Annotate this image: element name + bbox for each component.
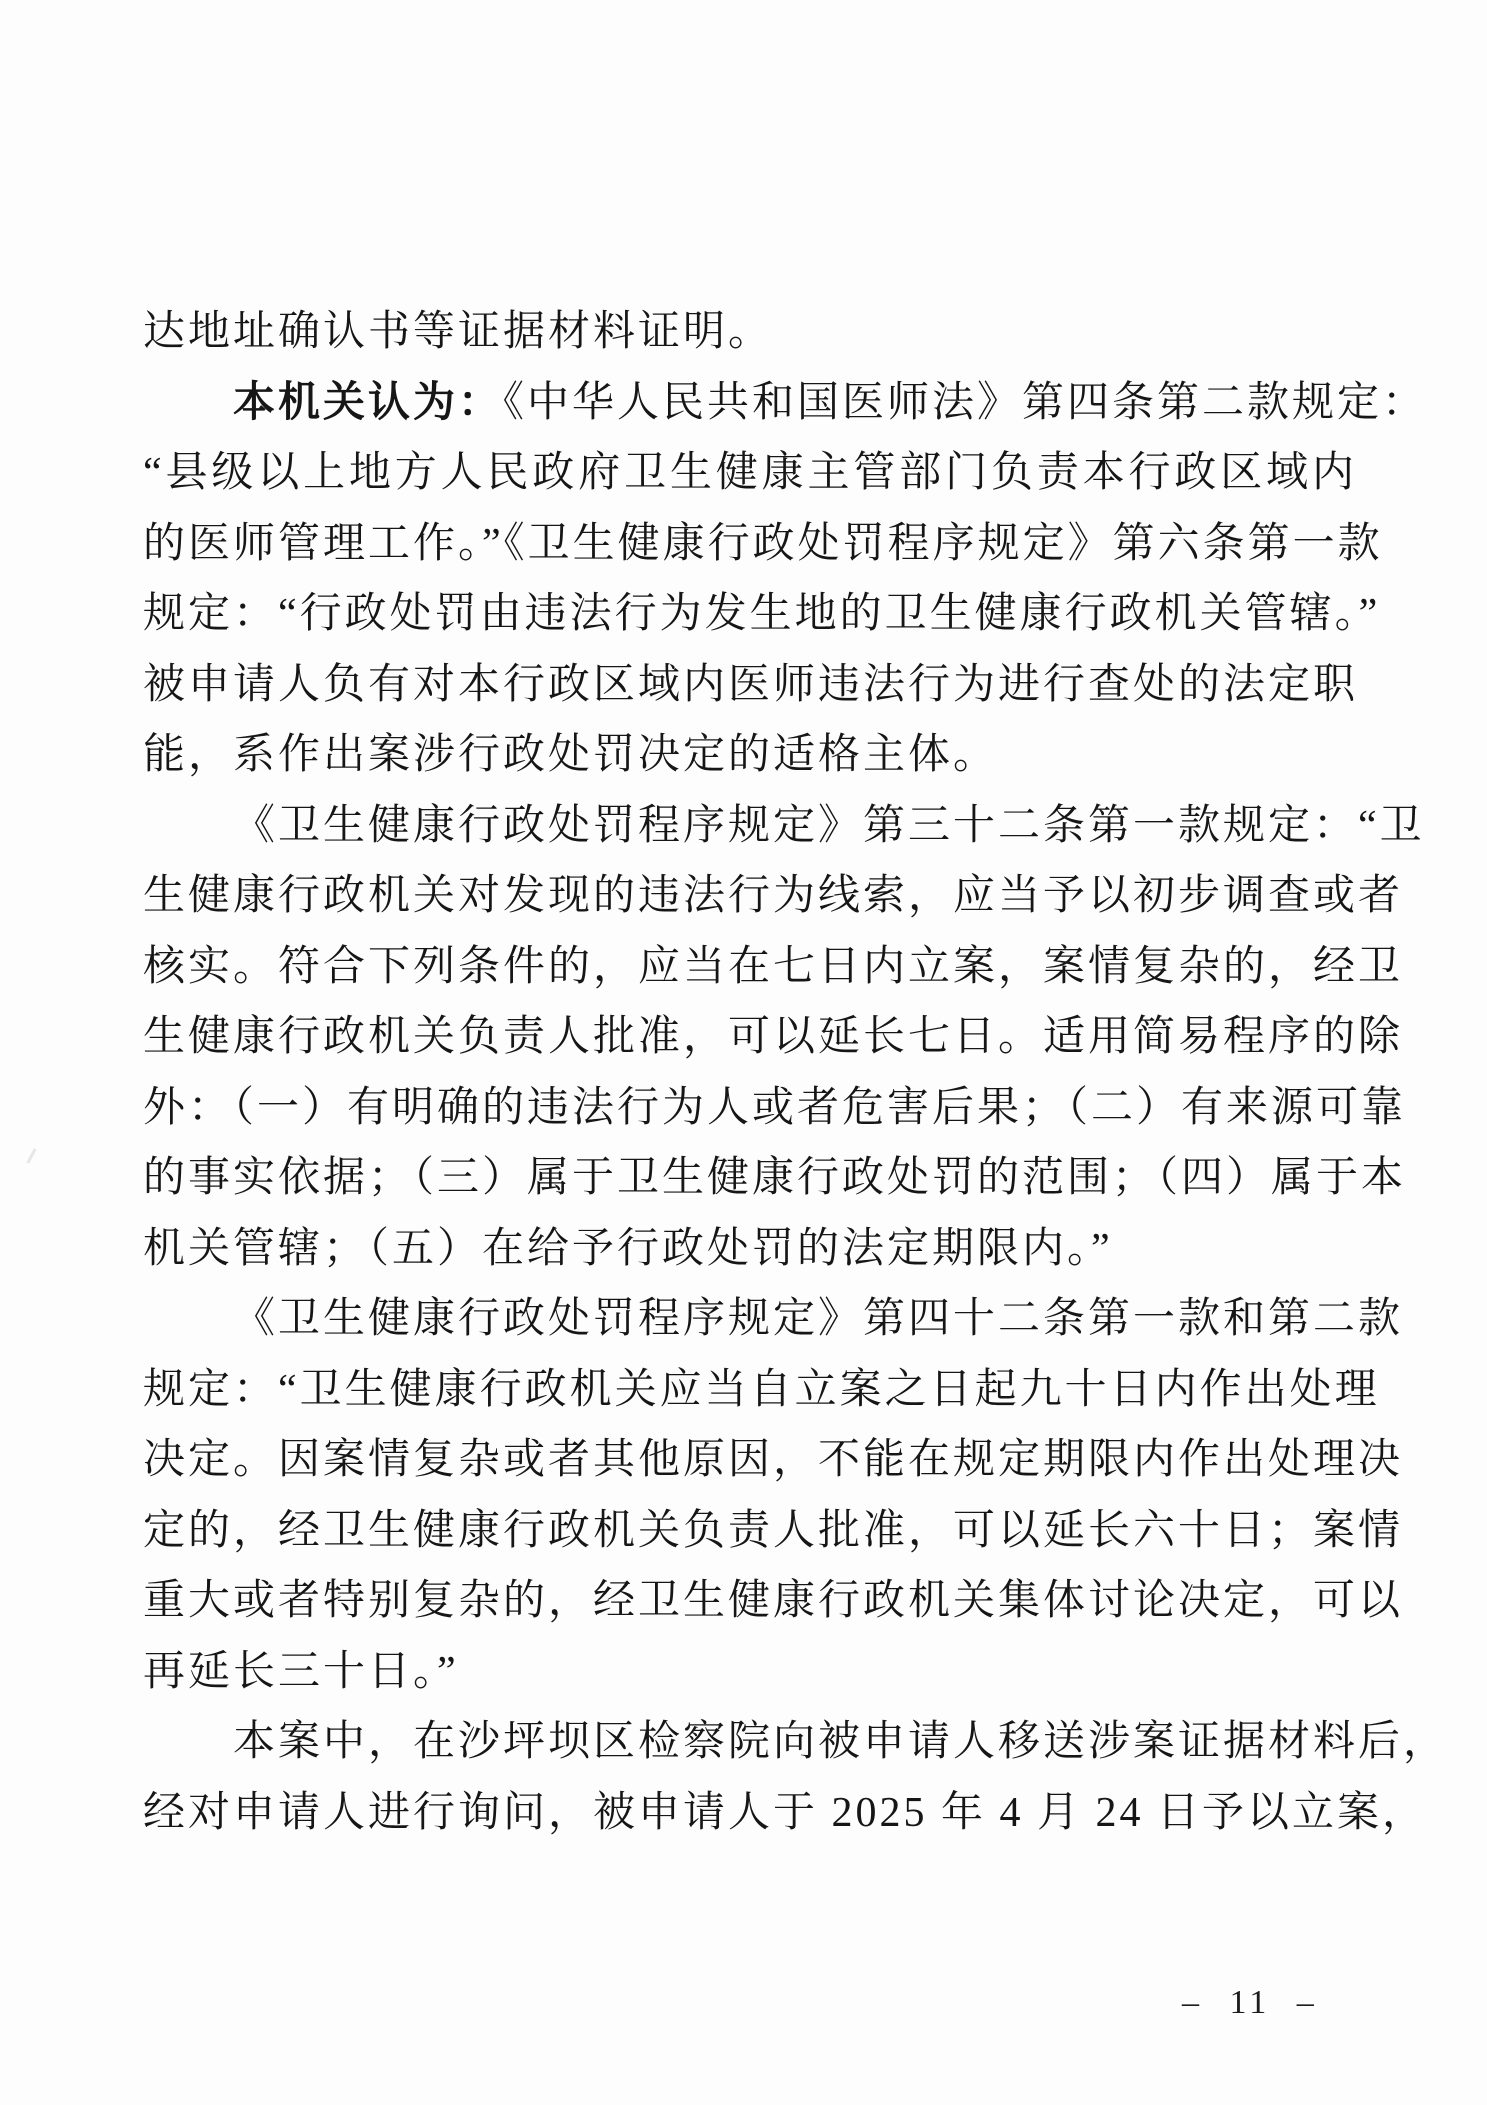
text-line: 核实。符合下列条件的，应当在七日内立案，案情复杂的，经卫 [143, 932, 1357, 1003]
text-line: 能，系作出案涉行政处罚决定的适格主体。 [143, 720, 1357, 791]
paragraph-lead-bold: 本机关认为： [233, 380, 503, 426]
document-body: 达地址确认书等证据材料证明。 本机关认为：《中华人民共和国医师法》第四条第二款规… [143, 297, 1357, 1848]
text-line: 被申请人负有对本行政区域内医师违法行为进行查处的法定职 [143, 650, 1357, 721]
text-line: 的事实依据；（三）属于卫生健康行政处罚的范围；（四）属于本 [143, 1143, 1357, 1214]
text-line-rest: 《中华人民共和国医师法》第四条第二款规定： [503, 380, 1427, 426]
text-line: 定的，经卫生健康行政机关负责人批准，可以延长六十日；案情 [143, 1496, 1357, 1567]
text-line: “县级以上地方人民政府卫生健康主管部门负责本行政区域内 [143, 438, 1357, 509]
text-line: 经对申请人进行询问，被申请人于 2025 年 4 月 24 日予以立案， [143, 1778, 1357, 1849]
page-number: – 11 – [1182, 1984, 1318, 2022]
text-line: 重大或者特别复杂的，经卫生健康行政机关集体讨论决定，可以 [143, 1566, 1357, 1637]
text-line: 生健康行政机关对发现的违法行为线索，应当予以初步调查或者 [143, 861, 1357, 932]
text-line: 生健康行政机关负责人批准，可以延长七日。适用简易程序的除 [143, 1002, 1357, 1073]
text-line: 本案中，在沙坪坝区检察院向被申请人移送涉案证据材料后， [143, 1707, 1357, 1778]
text-line: 规定：“行政处罚由违法行为发生地的卫生健康行政机关管辖。” [143, 579, 1357, 650]
text-line: 《卫生健康行政处罚程序规定》第三十二条第一款规定：“卫 [143, 791, 1357, 862]
text-line: 的医师管理工作。”《卫生健康行政处罚程序规定》第六条第一款 [143, 509, 1357, 580]
text-line: 规定：“卫生健康行政机关应当自立案之日起九十日内作出处理 [143, 1355, 1357, 1426]
text-line: 外：（一）有明确的违法行为人或者危害后果；（二）有来源可靠 [143, 1073, 1357, 1144]
text-line: 决定。因案情复杂或者其他原因，不能在规定期限内作出处理决 [143, 1425, 1357, 1496]
document-page: 达地址确认书等证据材料证明。 本机关认为：《中华人民共和国医师法》第四条第二款规… [0, 0, 1487, 2105]
scan-noise-mark [26, 1148, 36, 1164]
text-line: 《卫生健康行政处罚程序规定》第四十二条第一款和第二款 [143, 1284, 1357, 1355]
text-line: 本机关认为：《中华人民共和国医师法》第四条第二款规定： [143, 368, 1357, 439]
text-line: 达地址确认书等证据材料证明。 [143, 297, 1357, 368]
text-line: 机关管辖；（五）在给予行政处罚的法定期限内。” [143, 1214, 1357, 1285]
text-line: 再延长三十日。” [143, 1637, 1357, 1708]
